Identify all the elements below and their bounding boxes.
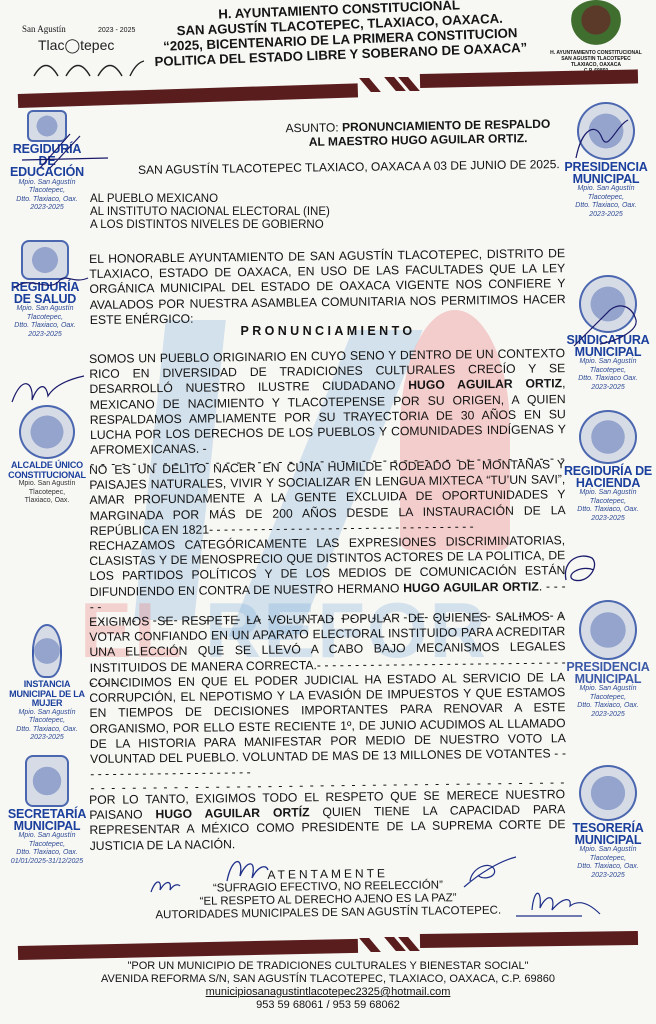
stamp-meta: 2023-2025 bbox=[560, 211, 652, 220]
stamp-meta: Mpio. San Agustín bbox=[4, 832, 90, 841]
signature-icon bbox=[560, 550, 600, 590]
band-slash bbox=[359, 78, 381, 92]
recipient: AL INSTITUTO NACIONAL ELECTORAL (INE) bbox=[90, 206, 330, 219]
candidate-name: HUGO AGUILAR ORTÍZ bbox=[155, 806, 309, 822]
candidate-name: HUGO AGUILAR ORTIZ bbox=[403, 579, 539, 595]
stamp-meta: 2023-2025 bbox=[2, 734, 92, 743]
stamp-meta: Mpio. San Agustín bbox=[4, 480, 90, 489]
stamp-meta: Dtto. Tlaxiaco, Oax. bbox=[562, 506, 654, 515]
footer-band bbox=[18, 939, 358, 960]
stamp-secretaria: SECRETARÍA MUNICIPAL Mpio. San Agustín T… bbox=[4, 755, 90, 866]
stamp-meta: Tlacotepec, bbox=[4, 187, 90, 196]
stamp-meta: Tlacotepec, bbox=[2, 717, 92, 726]
stamp-meta: 2023-2025 bbox=[562, 384, 654, 393]
stamp-title: REGIDURÍA DE SALUD bbox=[4, 282, 86, 305]
stamp-meta: Tlacotepec, bbox=[562, 498, 654, 507]
paragraph-humble-origin: NO ES UN DELITO NACER EN CUNA HUMILDE RO… bbox=[89, 457, 566, 539]
stamp-title: TESORERÍA MUNICIPAL bbox=[562, 823, 654, 846]
footer-band bbox=[420, 931, 638, 948]
stamp-meta: Dtto. Tlaxiaco, Oax. bbox=[562, 863, 654, 872]
stamp-meta: Dtto. Tlaxiaco, Oax. bbox=[4, 196, 90, 205]
recipient: A LOS DISTINTOS NIVELES DE GOBIERNO bbox=[90, 219, 330, 232]
footer: "POR UN MUNICIPIO DE TRADICIONES CULTURA… bbox=[0, 960, 656, 1012]
stamp-meta: Mpio. San Agustín bbox=[4, 179, 90, 188]
paragraph-text: COINCIDIMOS EN QUE EL PODER JUDICIAL HA … bbox=[89, 670, 566, 781]
eagle-seal-icon bbox=[579, 410, 637, 464]
paragraph-origin: SOMOS UN PUEBLO ORIGINARIO EN CUYO SENO … bbox=[89, 346, 566, 470]
stamp-title: SINDICATURA MUNICIPAL bbox=[562, 335, 654, 358]
logo-years: 2023 - 2025 bbox=[98, 27, 135, 34]
logo-place: San Agustín bbox=[22, 24, 66, 34]
stamp-title: PRESIDENCIA MUNICIPAL bbox=[562, 662, 654, 685]
oaxaca-shield-icon bbox=[25, 755, 69, 807]
stamp-meta: 2023-2025 bbox=[4, 331, 86, 340]
eagle-seal-icon bbox=[19, 405, 75, 459]
stamp-meta: Tlaxiaco, Oax. bbox=[4, 497, 90, 506]
stamp-meta: 01/01/2025-31/12/2025 bbox=[4, 858, 90, 867]
stamp-meta: Mpio. San Agustín bbox=[4, 305, 86, 314]
stamp-meta: Mpio. San Agustín bbox=[562, 358, 654, 367]
letterhead-title: H. AYUNTAMIENTO CONSTITUCIONAL SAN AGUST… bbox=[149, 0, 531, 69]
stamp-alcalde: ALCALDE ÚNICO CONSTITUCIONAL Mpio. San A… bbox=[4, 405, 90, 506]
stamp-meta: Mpio. San Agustín bbox=[2, 709, 92, 718]
stamp-presidencia-1: PRESIDENCIA MUNICIPAL Mpio. San Agustín … bbox=[560, 102, 652, 219]
stamp-title: SECRETARÍA MUNICIPAL bbox=[4, 809, 90, 832]
recipient: AL PUEBLO MEXICANO bbox=[90, 193, 330, 206]
stamp-title: PRESIDENCIA MUNICIPAL bbox=[560, 162, 652, 185]
stamp-meta: 2023-2025 bbox=[4, 204, 90, 213]
stamp-meta: Dtto. Tlaxiaco, Oax. bbox=[560, 202, 652, 211]
subject-block: ASUNTO: PRONUNCIAMIENTO DE RESPALDO AL M… bbox=[268, 116, 568, 149]
header-band bbox=[420, 69, 638, 88]
paragraph-judiciary: COINCIDIMOS EN QUE EL PODER JUDICIAL HA … bbox=[89, 670, 566, 794]
pronouncement-title: PRONUNCIAMIENTO bbox=[0, 324, 656, 338]
stamp-meta: 2023-2025 bbox=[562, 711, 654, 720]
stamp-meta: Mpio. San Agustín bbox=[562, 846, 654, 855]
logo-name: Tlac◯tepec bbox=[38, 37, 114, 54]
stamp-meta: Tlacotepec, bbox=[560, 194, 652, 203]
stamp-regiduria-educacion: REGIDURÍA DE EDUCACIÓN Mpio. San Agustín… bbox=[4, 110, 90, 213]
stamp-regiduria-hacienda: REGIDURÍA DE HACIENDA Mpio. San Agustín … bbox=[562, 410, 654, 523]
subject-label: ASUNTO: bbox=[285, 120, 342, 135]
eagle-seal-icon bbox=[579, 600, 637, 660]
flower-emblem-icon bbox=[32, 624, 62, 678]
intro-paragraph: EL HONORABLE AYUNTAMIENTO DE SAN AGUSTÍN… bbox=[89, 246, 566, 328]
national-coat-of-arms: H. AYUNTAMIENTO CONSTITUCIONAL SAN AGUST… bbox=[540, 0, 652, 74]
stamp-meta: Dtto. Tlaxiaco, Oax. bbox=[2, 726, 92, 735]
eagle-seal-icon bbox=[579, 765, 637, 821]
health-emblem-icon bbox=[21, 240, 69, 280]
stamp-instancia-mujer: INSTANCIA MUNICIPAL DE LA MUJER Mpio. Sa… bbox=[2, 624, 92, 743]
eagle-seal-icon bbox=[577, 102, 635, 160]
municipal-logo: San Agustín 2023 - 2025 Tlac◯tepec bbox=[18, 12, 148, 72]
stamp-sindicatura: SINDICATURA MUNICIPAL Mpio. San Agustín … bbox=[562, 275, 654, 392]
stamp-meta: Tlacotepec, bbox=[562, 855, 654, 864]
footer-address: AVENIDA REFORMA S/N, SAN AGUSTÍN TLACOTE… bbox=[0, 973, 656, 986]
stamp-meta: Dtto. Tlaxiaco, Oax. bbox=[4, 322, 86, 331]
recipients: AL PUEBLO MEXICANO AL INSTITUTO NACIONAL… bbox=[90, 193, 330, 231]
arches-icon bbox=[32, 57, 152, 77]
candidate-name: HUGO AGUILAR ORTIZ bbox=[408, 377, 562, 393]
stamp-title: REGIDURÍA DE HACIENDA bbox=[562, 466, 654, 489]
stamp-title: INSTANCIA MUNICIPAL DE LA MUJER bbox=[2, 680, 92, 709]
stamp-presidencia-2: PRESIDENCIA MUNICIPAL Mpio. San Agustín … bbox=[562, 600, 654, 719]
footer-email-link[interactable]: municipiosanagustintlacotepec2325@hotmai… bbox=[206, 986, 451, 998]
paragraph-conclusion: POR LO TANTO, EXIGIMOS TODO EL RESPETO Q… bbox=[89, 787, 566, 854]
stamp-title: REGIDURÍA DE EDUCACIÓN bbox=[4, 144, 90, 179]
stamp-meta: Mpio. San Agustín bbox=[560, 185, 652, 194]
stamp-meta: 2023-2025 bbox=[562, 872, 654, 881]
stamp-meta: Mpio. San Agustín bbox=[562, 489, 654, 498]
stamp-meta: Dtto. Tlaxiaco, Oax. bbox=[562, 702, 654, 711]
stamp-title: ALCALDE ÚNICO CONSTITUCIONAL bbox=[4, 461, 90, 480]
stamp-meta: Tlacotepec, bbox=[562, 694, 654, 703]
stamp-meta: 2023-2025 bbox=[562, 515, 654, 524]
book-icon bbox=[27, 110, 67, 142]
stamp-regiduria-salud: REGIDURÍA DE SALUD Mpio. San Agustín Tla… bbox=[4, 240, 86, 339]
eagle-seal-icon bbox=[579, 275, 637, 333]
footer-phones: 953 59 68061 / 953 59 68062 bbox=[0, 999, 656, 1012]
stamp-meta: Tlacotepec, bbox=[562, 367, 654, 376]
stamp-meta: Dtto. Tlaxiaco Oax. bbox=[562, 375, 654, 384]
stamp-meta: Tlacotepec, bbox=[4, 489, 90, 498]
header-band bbox=[18, 83, 358, 108]
eagle-seal-icon bbox=[568, 0, 624, 50]
stamp-meta: Mpio. San Agustín bbox=[562, 685, 654, 694]
stamp-tesoreria: TESORERÍA MUNICIPAL Mpio. San Agustín Tl… bbox=[562, 765, 654, 880]
letter-page: EL REFOR San Agustín 2023 - 2025 Tlac◯te… bbox=[0, 0, 656, 1024]
band-slash bbox=[359, 938, 381, 952]
stamp-meta: Tlacotepec, bbox=[4, 314, 86, 323]
date-line: SAN AGUSTÍN TLACOTEPEC TLAXIACO, OAXACA … bbox=[138, 157, 560, 177]
stamp-meta: Dtto. Tlaxiaco, Oax. bbox=[4, 849, 90, 858]
footer-slogan: "POR UN MUNICIPIO DE TRADICIONES CULTURA… bbox=[0, 960, 656, 973]
stamp-meta: Tlacotepec, bbox=[4, 841, 90, 850]
closing-block: ATENTAMENTE “SUFRAGIO EFECTIVO, NO REELE… bbox=[100, 865, 557, 923]
